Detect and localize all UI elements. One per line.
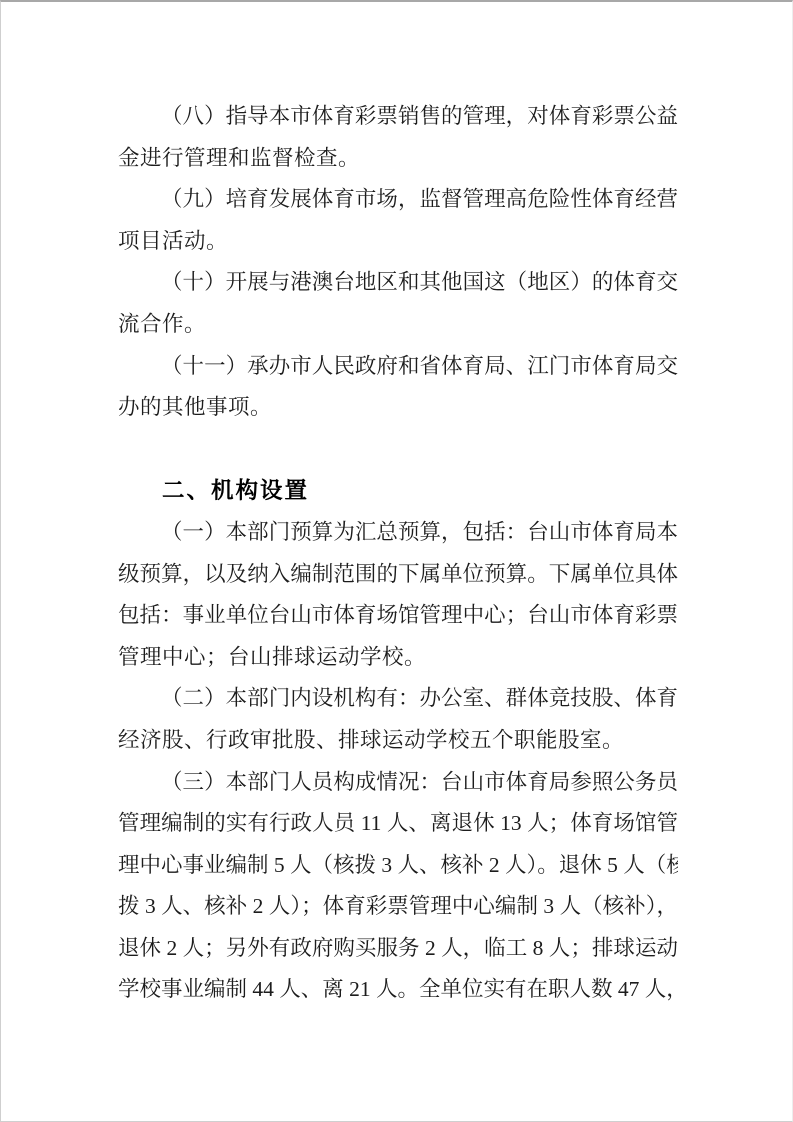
section-heading-organization-setup: 二、机构设置	[118, 470, 678, 512]
para-9-line-1: （九）培育发展体育市场，监督管理高危险性体育经营	[118, 179, 678, 221]
para-8-line-1: （八）指导本市体育彩票销售的管理，对体育彩票公益	[118, 96, 678, 138]
para-9-line-2: 项目活动。	[118, 221, 678, 263]
para-s2-3-line-2: 管理编制的实有行政人员 11 人、离退休 13 人；体育场馆管	[118, 803, 678, 845]
para-s2-1-line-3: 包括：事业单位台山市体育场馆管理中心；台山市体育彩票	[118, 595, 678, 637]
para-s2-1-line-2: 级预算，以及纳入编制范围的下属单位预算。下属单位具体	[118, 554, 678, 596]
para-s2-2-line-1: （二）本部门内设机构有：办公室、群体竞技股、体育	[118, 678, 678, 720]
document-text-block: （八）指导本市体育彩票销售的管理，对体育彩票公益 金进行管理和监督检查。 （九）…	[118, 96, 678, 1011]
para-s2-3-line-3: 理中心事业编制 5 人（核拨 3 人、核补 2 人）。退休 5 人（核	[118, 845, 678, 887]
para-s2-3-line-5: 退休 2 人；另外有政府购买服务 2 人，临工 8 人；排球运动	[118, 928, 678, 970]
para-s2-3-line-4: 拨 3 人、核补 2 人）；体育彩票管理中心编制 3 人（核补），	[118, 886, 678, 928]
para-11-line-1: （十一）承办市人民政府和省体育局、江门市体育局交	[118, 346, 678, 388]
para-s2-1-line-4: 管理中心；台山排球运动学校。	[118, 637, 678, 679]
para-s2-3-line-1: （三）本部门人员构成情况：台山市体育局参照公务员	[118, 762, 678, 804]
para-s2-1-line-1: （一）本部门预算为汇总预算，包括：台山市体育局本	[118, 512, 678, 554]
para-s2-3-line-6: 学校事业编制 44 人、离 21 人。全单位实有在职人数 47 人，	[118, 969, 678, 1011]
para-8-line-2: 金进行管理和监督检查。	[118, 138, 678, 180]
para-s2-2-line-2: 经济股、行政审批股、排球运动学校五个职能股室。	[118, 720, 678, 762]
para-10-line-2: 流合作。	[118, 304, 678, 346]
para-11-line-2: 办的其他事项。	[118, 387, 678, 429]
document-page: （八）指导本市体育彩票销售的管理，对体育彩票公益 金进行管理和监督检查。 （九）…	[0, 0, 793, 1122]
para-10-line-1: （十）开展与港澳台地区和其他国这（地区）的体育交	[118, 262, 678, 304]
